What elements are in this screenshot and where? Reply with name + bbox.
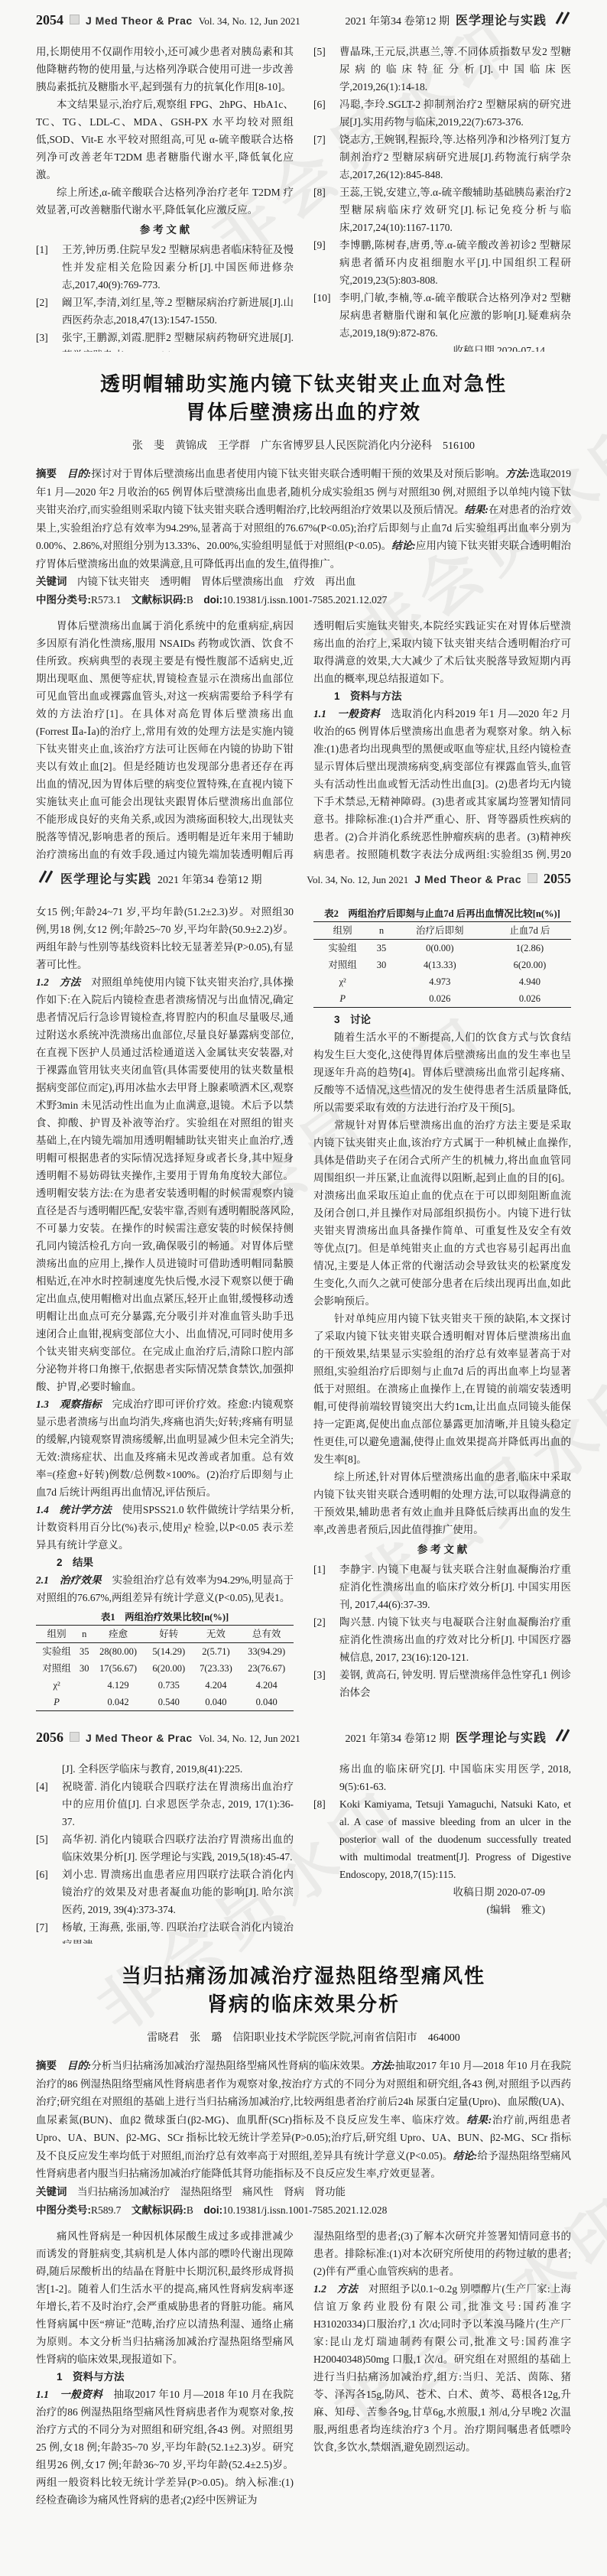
- subsection-label: 1.3 观察指标: [36, 1398, 102, 1410]
- article-authors: 雷晓君 张 璐 信阳职业技术学院医学院,河南省信阳市 464000: [36, 2029, 571, 2045]
- subsection-label: 2.1 治疗效果: [36, 1574, 102, 1586]
- article-abstract: 摘要 目的:分析当归拈痛汤加减治疗湿热阻络型痛风性肾病的临床效果。方法:抽取20…: [36, 2057, 571, 2220]
- ref-number: [2]: [313, 1613, 339, 1666]
- th-improved: 好转: [145, 1626, 193, 1643]
- doc-code-label: 文献标识码:: [131, 594, 187, 606]
- keywords-text: 当归拈痛汤加减治疗 湿热阻络型 痛风性 肾病 肾功能: [77, 2186, 346, 2198]
- ref-text: 王蕊,王锐,安建立,等.α-硫辛酸辅助基础胰岛素治疗2 型糖尿病临床疗效研究[J…: [339, 184, 571, 236]
- cell: 23(76.67): [239, 1660, 294, 1677]
- column-right: [5]曹晶珠,王元辰,洪惠兰,等.不同体质指数早发2 型糖尿病的临床特征分析[J…: [313, 43, 571, 352]
- results-label: 结果:: [464, 504, 489, 515]
- journal-volume-cn: 2021 年第34 卷第12 期: [345, 1730, 450, 1746]
- table-row: 对照组3017(56.67)6(20.00)7(23.33)23(76.67): [36, 1660, 294, 1677]
- cell: 35: [372, 940, 391, 957]
- ref-number: [8]: [313, 184, 339, 236]
- ref-text: 李明,门敏,李楠,等.α-硫辛酸联合达格列净对2 型糖尿病患者糖脂代谢和氧化应激…: [339, 289, 571, 342]
- journal-name-en: J Med Theor & Prac: [86, 15, 193, 27]
- reference-item: [8]王蕊,王锐,安建立,等.α-硫辛酸辅助基础胰岛素治疗2 型糖尿病临床疗效研…: [313, 184, 571, 236]
- cell: 30: [77, 1660, 91, 1677]
- keywords-text: 内镜下钛夹钳夹 透明帽 胃体后壁溃疡出血 疗效 再出血: [77, 576, 356, 587]
- journal-volume-en: Vol. 34, No. 12, Jun 2021: [199, 15, 300, 28]
- article-body-continued: 女15 例;年龄24~71 岁,平均年龄(51.2±2.3)岁。对照组30 例,…: [36, 903, 571, 1717]
- ref-number: [313, 1760, 339, 1795]
- table-treatment-effect: 组别 n 痊愈 好转 无效 总有效 实验组3528(80.00)5(14.29)…: [36, 1625, 294, 1711]
- paragraph: 1.2 方法 对照组予以0.1~0.2g 别嘌醇片(生产厂家:上海信谊万象药业股…: [313, 2280, 571, 2456]
- cell: [372, 990, 391, 1008]
- ref-text: 阚卫军,李清,刘红星,等.2 型糖尿病治疗新进展[J].山西医药杂志,2018,…: [62, 294, 294, 329]
- objective-label: 目的:: [67, 2060, 92, 2071]
- journal-logo-icon: [553, 11, 571, 24]
- paragraph: 本文结果显示,治疗后,观察组 FPG、2hPG、HbA1c、TC、TG、LDL-…: [36, 96, 294, 184]
- subsection-label: 1.4 统计学方法: [36, 1504, 112, 1515]
- page-number: 2056: [36, 1730, 63, 1746]
- th-group: 组别: [36, 1626, 77, 1643]
- ref-text: 曹晶珠,王元辰,洪惠兰,等.不同体质指数早发2 型糖尿病的临床特征分析[J].中…: [339, 43, 571, 96]
- article-body-start: 痛风性肾病是一种因机体尿酸生成过多或排泄减少而诱发的肾脏病变,其病机是人体内部的…: [36, 2227, 571, 2576]
- table-row: χ²4.1290.7354.2044.204: [36, 1677, 294, 1694]
- column-right: 湿热阻络型的患者;(3)了解本次研究并签署知情同意书的患者。排除标准:(1)对本…: [313, 2227, 571, 2576]
- ref-text: 刘小忠. 胃溃疡出血患者应用四联疗法联合消化内镜治疗的效果及对患者凝血功能的影响…: [62, 1866, 294, 1918]
- references-continued-section: [J]. 全科医学临床与教育, 2019,8(41):225. [4]祝晓蕾. …: [36, 1760, 571, 1944]
- objective-label: 目的:: [67, 468, 92, 479]
- cell: 实验组: [313, 940, 372, 957]
- th-ineffective: 无效: [193, 1626, 240, 1643]
- subsection-text: 对照组予以0.1~0.2g 别嘌醇片(生产厂家:上海信谊万象药业股份有限公司,批…: [313, 2283, 571, 2453]
- paragraph: 综上所述,针对胃体后壁溃疡出血的患者,临床中采取内镜下钛夹钳夹联合透明帽的处理方…: [313, 1468, 571, 1538]
- reference-item: [2]阚卫军,李清,刘红星,等.2 型糖尿病治疗新进展[J].山西医药杂志,20…: [36, 294, 294, 329]
- ref-text: 高华初. 消化内镜联合四联疗法治疗胃溃疡出血的临床效果分析[J]. 医学理论与实…: [62, 1830, 294, 1866]
- cell: 对照组: [36, 1660, 77, 1677]
- cell: 0.735: [145, 1677, 193, 1694]
- objective-text: 探讨对于胃体后壁溃疡出血患者使用内镜下钛夹钳夹联合透明帽干预的效果及对预后影响。: [91, 468, 505, 479]
- column-left: 用,长期使用不仅副作用较小,还可减少患者对胰岛素和其他降糖药物的使用量,与达格列…: [36, 43, 294, 352]
- ref-text: 祝晓蕾. 消化内镜联合四联疗法在胃溃疡出血治疗中的应用价值[J]. 白求恩医学杂…: [62, 1778, 294, 1830]
- cell: 5(14.29): [145, 1643, 193, 1661]
- cell: χ²: [313, 973, 372, 990]
- column-right: 疡出血的临床研究[J]. 中国临床实用医学, 2018, 9(5):61-63.…: [313, 1760, 571, 1944]
- ref-number: [6]: [36, 1866, 62, 1918]
- keywords-line: 关键词 内镜下钛夹钳夹 透明帽 胃体后壁溃疡出血 疗效 再出血: [36, 573, 571, 591]
- cell: 4.204: [239, 1677, 294, 1694]
- ref-text: 李静宇. 内镜下电凝与钛夹联合注射血凝酶治疗重症消化性溃疡出血的临床疗效分析[J…: [339, 1561, 571, 1613]
- clc-label: 中图分类号:: [36, 2204, 91, 2216]
- ref-number: [1]: [36, 241, 62, 294]
- objective-text: 分析当归拈痛汤加减治疗湿热阻络型痛风性肾病的临床效果。: [91, 2060, 371, 2071]
- journal-name-cn: 医学理论与实践: [60, 869, 151, 887]
- reference-item: [8]Koki Kamiyama, Tetsuji Yamaguchi, Nat…: [313, 1795, 571, 1883]
- th-cured: 痊愈: [91, 1626, 145, 1643]
- journal-volume-cn: 2021 年第34 卷第12 期: [157, 872, 262, 887]
- reference-item: [3]张宇,王鹏源,刘霞.肥胖2 型糖尿病药物研究进展[J].药学实践杂志,20…: [36, 329, 294, 352]
- ref-number: [5]: [36, 1830, 62, 1866]
- ref-number: [7]: [36, 1918, 62, 1944]
- reference-item: [3]姜钢, 黄高石, 钟发明. 胃后壁溃疡伴急性穿孔1 例诊治体会: [313, 1666, 571, 1701]
- doi-label: doi:: [203, 2204, 222, 2216]
- article-body-start: 胃体后壁溃疡出血属于消化系统中的危重病症,病因多因原有消化性溃疡,服用 NSAI…: [36, 617, 571, 859]
- cell: 0.540: [145, 1694, 193, 1711]
- page-header: 2054 J Med Theor & Prac Vol. 34, No. 12,…: [36, 11, 571, 31]
- cell: 0.026: [489, 990, 571, 1008]
- references-heading: 参 考 文 献: [36, 221, 294, 239]
- cell: 17(56.67): [91, 1660, 145, 1677]
- previous-article-section: 用,长期使用不仅副作用较小,还可减少患者对胰岛素和其他降糖药物的使用量,与达格列…: [36, 43, 571, 352]
- table2-caption: 表2 两组治疗后即刻与止血7d 后再出血情况比较[n(%)]: [313, 906, 571, 921]
- subsection-label: 1.1 一般资料: [313, 708, 380, 720]
- received-date: 收稿日期 2020-07-09: [313, 1883, 571, 1901]
- cell: 4(13.33): [391, 957, 489, 973]
- page-number: 2054: [36, 12, 63, 28]
- methods-label: 方法:: [505, 468, 530, 479]
- cell: 对照组: [313, 957, 372, 973]
- ref-number: [8]: [313, 1795, 339, 1883]
- doi-label: doi:: [203, 594, 222, 606]
- th-n: n: [372, 922, 391, 940]
- received-date: 收稿日期 2020-07-14: [313, 342, 571, 352]
- table-row: P0.0420.5400.0400.040: [36, 1694, 294, 1711]
- journal-scan: 非会员水印 非会员水印 2054 J Med Theor & Prac Vol.…: [0, 0, 607, 2576]
- reference-item: [7]饶志方,王婉钢,程振玲,等.达格列净和沙格列汀复方制剂治疗2 型糖尿病研究…: [313, 131, 571, 184]
- keywords-label: 关键词: [36, 2186, 67, 2198]
- doc-code-value: B: [187, 2204, 193, 2216]
- th-immediate: 治疗后即刻: [391, 922, 489, 940]
- ref-number: [4]: [36, 1778, 62, 1830]
- reference-item: [6]冯聪,李玲.SGLT-2 抑制剂治疗2 型糖尿病的研究进展[J].实用药物…: [313, 96, 571, 131]
- cell: P: [36, 1694, 77, 1711]
- paragraph: 1.1 一般资料 抽取2017 年10 月—2018 年10 月在我院治疗的86…: [36, 2386, 294, 2509]
- ref-text: 疡出血的临床研究[J]. 中国临床实用医学, 2018, 9(5):61-63.: [339, 1760, 571, 1795]
- column-right: 表2 两组治疗后即刻与止血7d 后再出血情况比较[n(%)] 组别 n 治疗后即…: [313, 903, 571, 1717]
- table-row: χ²4.9734.940: [313, 973, 571, 990]
- journal-volume-cn: 2021 年第34 卷第12 期: [345, 13, 450, 28]
- subsection-label: 1.2 方法: [36, 976, 80, 988]
- table-row: 对照组304(13.33)6(20.00): [313, 957, 571, 973]
- cell: [372, 973, 391, 990]
- conclusion-label: 结论:: [453, 2150, 478, 2162]
- ref-text: 姜钢, 黄高石, 钟发明. 胃后壁溃疡伴急性穿孔1 例诊治体会: [339, 1666, 571, 1701]
- journal-name-cn: 医学理论与实践: [456, 1728, 547, 1746]
- cell: 4.940: [489, 973, 571, 990]
- journal-logo-icon: [36, 870, 54, 883]
- page-2054: 非会员水印 非会员水印 2054 J Med Theor & Prac Vol.…: [0, 0, 607, 859]
- subsection-label: 1.2 方法: [313, 2283, 358, 2295]
- conclusion-label: 结论:: [391, 540, 416, 551]
- section-heading: 1 资料与方法: [313, 687, 571, 705]
- page-number: 2055: [544, 871, 571, 887]
- page-2055: 非会员水印 非会员水印 医学理论与实践 2021 年第34 卷第12 期 Vol…: [0, 859, 607, 1717]
- reference-item: [10]李明,门敏,李楠,等.α-硫辛酸联合达格列净对2 型糖尿病患者糖脂代谢和…: [313, 289, 571, 342]
- ref-text: Koki Kamiyama, Tetsuji Yamaguchi, Natsuk…: [339, 1795, 571, 1883]
- column-left: 痛风性肾病是一种因机体尿酸生成过多或排泄减少而诱发的肾脏病变,其病机是人体内部的…: [36, 2227, 294, 2576]
- ref-number: [6]: [313, 96, 339, 131]
- ref-text: [J]. 全科医学临床与教育, 2019,8(41):225.: [62, 1760, 294, 1778]
- table-header-row: 组别 n 治疗后即刻 止血7d 后: [313, 922, 571, 940]
- clc-value: R589.7: [91, 2204, 121, 2216]
- page-header: 2056 J Med Theor & Prac Vol. 34, No. 12,…: [36, 1728, 571, 1748]
- article-title-line1: 透明帽辅助实施内镜下钛夹钳夹止血对急性: [36, 370, 571, 398]
- cell: χ²: [36, 1677, 77, 1694]
- column-right: 透明帽后实施钛夹钳夹,本院经实践证实在对胃体后壁溃疡出血的治疗上,采取内镜下钛夹…: [313, 617, 571, 859]
- ref-text: 王芳,钟历勇.住院早发2 型糖尿病患者临床特征及慢性并发症相关危险因素分析[J]…: [62, 241, 294, 294]
- table1-caption: 表1 两组治疗效果比较[n(%)]: [36, 1610, 294, 1625]
- ref-text: 杨敏, 王海燕, 张丽,等. 四联治疗法联合消化内镜治疗胃溃: [62, 1918, 294, 1944]
- paragraph: 1.4 统计学方法 使用SPSS21.0 软件做统计学结果分析,计数资料用百分比…: [36, 1501, 294, 1554]
- paragraph: 用,长期使用不仅副作用较小,还可减少患者对胰岛素和其他降糖药物的使用量,与达格列…: [36, 43, 294, 96]
- article-title-line2: 肾病的临床效果分析: [36, 1990, 571, 2019]
- classification-line: 中图分类号:R589.7 文献标识码:B doi:10.19381/j.issn…: [36, 2201, 571, 2220]
- ref-number: [10]: [313, 289, 339, 342]
- journal-volume-en: Vol. 34, No. 12, Jun 2021: [307, 874, 408, 886]
- journal-name-en: J Med Theor & Prac: [86, 1732, 193, 1744]
- cell: 35: [77, 1643, 91, 1661]
- table-row: 实验组3528(80.00)5(14.29)2(5.71)33(94.29): [36, 1643, 294, 1661]
- th-group: 组别: [313, 922, 372, 940]
- reference-item: [J]. 全科医学临床与教育, 2019,8(41):225.: [36, 1760, 294, 1778]
- cell: 4.204: [193, 1677, 240, 1694]
- paragraph: 湿热阻络型的患者;(3)了解本次研究并签署知情同意书的患者。排除标准:(1)对本…: [313, 2227, 571, 2280]
- paragraph: 1.3 观察指标 完成治疗即可评价疗效。痊愈:内镜观察显示患者溃疡与出血均消失,…: [36, 1395, 294, 1501]
- journal-name-cn: 医学理论与实践: [456, 11, 547, 28]
- reference-item: [5]曹晶珠,王元辰,洪惠兰,等.不同体质指数早发2 型糖尿病的临床特征分析[J…: [313, 43, 571, 96]
- section-heading: 3 讨论: [313, 1011, 571, 1028]
- reference-item: [2]陶兴慧. 内镜下钛夹与电凝联合注射血凝酶治疗重症消化性溃疡出血的疗效对比分…: [313, 1613, 571, 1666]
- paragraph: 随着生活水平的不断提高,人们的饮食方式与饮食结构发生巨大变化,这使得胃体后壁溃疡…: [313, 1028, 571, 1116]
- journal-volume-en: Vol. 34, No. 12, Jun 2021: [199, 1733, 300, 1745]
- ref-text: 张宇,王鹏源,刘霞.肥胖2 型糖尿病药物研究进展[J].药学实践杂志,2019,…: [62, 329, 294, 352]
- column-left: [J]. 全科医学临床与教育, 2019,8(41):225. [4]祝晓蕾. …: [36, 1760, 294, 1944]
- article-authors: 张 斐 黄锦成 王学群 广东省博罗县人民医院消化内分泌科 516100: [36, 437, 571, 453]
- ref-text: 陶兴慧. 内镜下钛夹与电凝联合注射血凝酶治疗重症消化性溃疡出血的疗效对比分析[J…: [339, 1613, 571, 1666]
- article-title: 透明帽辅助实施内镜下钛夹钳夹止血对急性 胃体后壁溃疡出血的疗效: [36, 370, 571, 427]
- table-header-row: 组别 n 痊愈 好转 无效 总有效: [36, 1626, 294, 1643]
- ref-text: 冯聪,李玲.SGLT-2 抑制剂治疗2 型糖尿病的研究进展[J].实用药物与临床…: [339, 96, 571, 131]
- paragraph: 2.1 治疗效果 实验组治疗总有效率为94.29%,明显高于对照组的76.67%…: [36, 1571, 294, 1606]
- paragraph: 1.1 一般资料 选取消化内科2019 年1 月—2020 年2 月收治的65 …: [313, 705, 571, 859]
- cell: 4.973: [391, 973, 489, 990]
- section-heading: 2 结果: [36, 1554, 294, 1571]
- ref-number: [36, 1760, 62, 1778]
- article-title-line1: 当归拈痛汤加减治疗湿热阻络型痛风性: [36, 1962, 571, 1990]
- page-2056: 非会员水印 非会员水印 2056 J Med Theor & Prac Vol.…: [0, 1717, 607, 2576]
- abstract-label: 摘要: [36, 468, 57, 479]
- reference-item: 疡出血的临床研究[J]. 中国临床实用医学, 2018, 9(5):61-63.: [313, 1760, 571, 1795]
- cell: 28(80.00): [91, 1643, 145, 1661]
- cell: 1(2.86): [489, 940, 571, 957]
- cell: 0.042: [91, 1694, 145, 1711]
- reference-item: [6]刘小忠. 胃溃疡出血患者应用四联疗法联合消化内镜治疗的效果及对患者凝血功能…: [36, 1866, 294, 1918]
- clc-label: 中图分类号:: [36, 594, 91, 606]
- cell: 0.026: [391, 990, 489, 1008]
- reference-item: [4]祝晓蕾. 消化内镜联合四联疗法在胃溃疡出血治疗中的应用价值[J]. 白求恩…: [36, 1778, 294, 1830]
- header-box-icon: [527, 873, 537, 883]
- cell: 0.040: [193, 1694, 240, 1711]
- ref-number: [9]: [313, 236, 339, 289]
- ref-number: [7]: [313, 131, 339, 184]
- cell: 2(5.71): [193, 1643, 240, 1661]
- reference-item: [7]杨敏, 王海燕, 张丽,等. 四联治疗法联合消化内镜治疗胃溃: [36, 1918, 294, 1944]
- article-title: 当归拈痛汤加减治疗湿热阻络型痛风性 肾病的临床效果分析: [36, 1962, 571, 2019]
- doc-code-value: B: [187, 594, 193, 606]
- subsection-text: 对照组单纯使用内镜下钛夹钳夹治疗,具体操作如下:在入院后内镜检查患者溃疡情况与出…: [36, 976, 294, 1392]
- subsection-label: 1.1 一般资料: [36, 2389, 102, 2400]
- header-box-icon: [70, 15, 80, 24]
- paragraph: 1.2 方法 对照组单纯使用内镜下钛夹钳夹治疗,具体操作如下:在入院后内镜检查患…: [36, 973, 294, 1395]
- keywords-line: 关键词 当归拈痛汤加减治疗 湿热阻络型 痛风性 肾病 肾功能: [36, 2183, 571, 2201]
- references-heading: 参 考 文 献: [313, 1541, 571, 1558]
- doc-code-label: 文献标识码:: [131, 2204, 187, 2216]
- page-header: 医学理论与实践 2021 年第34 卷第12 期 Vol. 34, No. 12…: [36, 869, 571, 889]
- ref-number: [1]: [313, 1561, 339, 1613]
- paragraph: 胃体后壁溃疡出血属于消化系统中的危重病症,病因多因原有消化性溃疡,服用 NSAI…: [36, 617, 294, 859]
- subsection-text: 完成治疗即可评价疗效。痊愈:内镜观察显示患者溃疡与出血均消失,疼痛也消失;好转;…: [36, 1398, 294, 1498]
- doi-value: 10.19381/j.issn.1001-7585.2021.12.028: [222, 2204, 387, 2216]
- table-row: P0.0260.026: [313, 990, 571, 1008]
- ref-number: [3]: [313, 1666, 339, 1701]
- cell: 实验组: [36, 1643, 77, 1661]
- clc-value: R573.1: [91, 594, 121, 606]
- paragraph: 女15 例;年龄24~71 岁,平均年龄(51.2±2.3)岁。对照组30 例,…: [36, 903, 294, 973]
- reference-item: [1]李静宇. 内镜下电凝与钛夹联合注射血凝酶治疗重症消化性溃疡出血的临床疗效分…: [313, 1561, 571, 1613]
- article-title-line2: 胃体后壁溃疡出血的疗效: [36, 398, 571, 427]
- cell: 0.040: [239, 1694, 294, 1711]
- cell: 4.129: [91, 1677, 145, 1694]
- column-left: 胃体后壁溃疡出血属于消化系统中的危重病症,病因多因原有消化性溃疡,服用 NSAI…: [36, 617, 294, 859]
- cell: 7(23.33): [193, 1660, 240, 1677]
- keywords-label: 关键词: [36, 576, 67, 587]
- section-heading: 1 资料与方法: [36, 2368, 294, 2386]
- ref-number: [3]: [36, 329, 62, 352]
- paragraph: 透明帽后实施钛夹钳夹,本院经实践证实在对胃体后壁溃疡出血的治疗上,采取内镜下钛夹…: [313, 617, 571, 687]
- column-left: 女15 例;年龄24~71 岁,平均年龄(51.2±2.3)岁。对照组30 例,…: [36, 903, 294, 1717]
- classification-line: 中图分类号:R573.1 文献标识码:B doi:10.19381/j.issn…: [36, 591, 571, 609]
- cell: [77, 1694, 91, 1711]
- reference-item: [5]高华初. 消化内镜联合四联疗法治疗胃溃疡出血的临床效果分析[J]. 医学理…: [36, 1830, 294, 1866]
- reference-item: [1]王芳,钟历勇.住院早发2 型糖尿病患者临床特征及慢性并发症相关危险因素分析…: [36, 241, 294, 294]
- cell: P: [313, 990, 372, 1008]
- th-total: 总有效: [239, 1626, 294, 1643]
- subsection-text: 抽取2017 年10 月—2018 年10 月在我院治疗的86 例湿热阻络型痛风…: [36, 2389, 294, 2506]
- ref-text: 李博鹏,陈树春,唐勇,等.α-硫辛酸改善初诊2 型糖尿病患者循环内皮祖细胞水平[…: [339, 236, 571, 289]
- paragraph: 痛风性肾病是一种因机体尿酸生成过多或排泄减少而诱发的肾脏病变,其病机是人体内部的…: [36, 2227, 294, 2368]
- reference-item: [9]李博鹏,陈树春,唐勇,等.α-硫辛酸改善初诊2 型糖尿病患者循环内皮祖细胞…: [313, 236, 571, 289]
- table-rebleeding: 组别 n 治疗后即刻 止血7d 后 实验组350(0.00)1(2.86) 对照…: [313, 921, 571, 1008]
- editor-note: (编辑 雅文): [313, 1901, 571, 1918]
- paragraph: 针对单纯应用内镜下钛夹钳夹干预的缺陷,本文探讨了采取内镜下钛夹钳夹联合透明帽对胃…: [313, 1310, 571, 1468]
- journal-name-en: J Med Theor & Prac: [414, 873, 521, 885]
- ref-number: [5]: [313, 43, 339, 96]
- doi-value: 10.19381/j.issn.1001-7585.2021.12.027: [222, 594, 387, 606]
- cell: 33(94.29): [239, 1643, 294, 1661]
- cell: 6(20.00): [489, 957, 571, 973]
- cell: 6(20.00): [145, 1660, 193, 1677]
- journal-logo-icon: [553, 1729, 571, 1742]
- paragraph: 综上所述,α-硫辛酸联合达格列净治疗老年 T2DM 疗效显著,可改善糖脂代谢水平…: [36, 184, 294, 219]
- methods-label: 方法:: [371, 2060, 395, 2071]
- cell: [77, 1677, 91, 1694]
- th-after-7d: 止血7d 后: [489, 922, 571, 940]
- table-row: 实验组350(0.00)1(2.86): [313, 940, 571, 957]
- subsection-text: 选取消化内科2019 年1 月—2020 年2 月收治的65 例胃体后壁溃疡出血…: [313, 708, 571, 859]
- results-label: 结果:: [466, 2114, 492, 2126]
- cell: 30: [372, 957, 391, 973]
- header-box-icon: [70, 1732, 80, 1742]
- paragraph: 常规针对胃体后壁溃疡出血的治疗方法主要是采取内镜下钛夹钳夹止血,该治疗方式属于一…: [313, 1116, 571, 1310]
- ref-text: 饶志方,王婉钢,程振玲,等.达格列净和沙格列汀复方制剂治疗2 型糖尿病研究进展[…: [339, 131, 571, 184]
- cell: 0(0.00): [391, 940, 489, 957]
- abstract-label: 摘要: [36, 2060, 57, 2071]
- article-abstract: 摘要 目的:探讨对于胃体后壁溃疡出血患者使用内镜下钛夹钳夹联合透明帽干预的效果及…: [36, 465, 571, 609]
- ref-number: [2]: [36, 294, 62, 329]
- th-n: n: [77, 1626, 91, 1643]
